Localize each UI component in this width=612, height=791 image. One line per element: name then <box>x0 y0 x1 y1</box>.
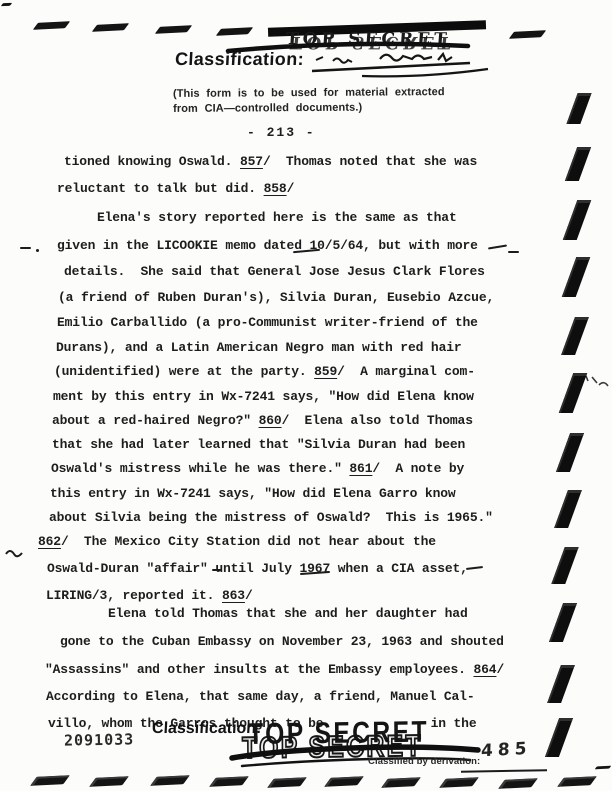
body-line: Oswald-Duran "affair" until July 1967 wh… <box>47 561 468 576</box>
scan-dash-top <box>509 30 546 39</box>
classification-scribble <box>308 44 498 80</box>
scan-dash-bottom <box>498 778 538 789</box>
scan-binding-mark <box>547 665 575 703</box>
body-line: "Assassins" and other insults at the Emb… <box>45 662 504 677</box>
form-usage-note-line2: from CIA—controlled documents.) <box>173 100 445 116</box>
classification-label: Classification: <box>174 49 304 70</box>
scan-binding-mark <box>556 433 584 472</box>
scan-dash-bottom <box>30 775 70 786</box>
body-line: 862/ The Mexico City Station did not hea… <box>38 534 436 549</box>
scan-dash-bottom <box>557 776 597 787</box>
page-number: - 213 - <box>247 125 316 140</box>
form-usage-note: (This form is to be used for material ex… <box>173 85 445 116</box>
scan-binding-mark <box>554 490 582 528</box>
body-line: LIRING/3, reported it. 863/ <box>46 588 253 603</box>
scan-dash-bottom <box>324 776 364 787</box>
scan-dash-top <box>33 21 70 30</box>
pen-mark-margin <box>4 546 24 560</box>
body-line: Elena's story reported here is the same … <box>97 210 457 225</box>
scan-binding-mark <box>563 200 592 240</box>
scan-binding-mark <box>559 373 588 413</box>
scan-dash-bottom <box>381 777 421 788</box>
body-line: Elena told Thomas that she and her daugh… <box>108 606 468 621</box>
body-line: Emilio Carballido (a pro-Communist write… <box>57 315 478 330</box>
body-line: ment by this entry in Wx-7241 says, "How… <box>53 389 474 404</box>
classified-by-derivation-label: Classified by derivation: <box>368 756 480 767</box>
pen-mark <box>466 566 483 570</box>
scan-binding-mark <box>565 147 591 181</box>
document-page: TOP SECRET TOP SECRET Classification: (T… <box>0 0 612 791</box>
body-line: tioned knowing Oswald. 857/ Thomas noted… <box>64 154 477 169</box>
body-line: reluctant to talk but did. 858/ <box>57 181 294 196</box>
pen-mark <box>212 569 221 571</box>
scan-dash-bottom <box>439 777 479 788</box>
body-line: this entry in Wx-7241 says, "How did Ele… <box>50 486 456 501</box>
scan-binding-mark <box>561 317 589 355</box>
scan-dash-bottom <box>150 775 190 786</box>
document-number: 2091033 <box>64 730 135 749</box>
classified-by-derivation-value: 485 <box>481 739 532 762</box>
body-line: gone to the Cuban Embassy on November 23… <box>60 634 504 649</box>
scan-dash-bottom <box>267 777 307 788</box>
pen-mark <box>508 251 519 253</box>
scan-dash-bottom <box>89 776 129 787</box>
body-line: given in the LICOOKIE memo dated 10/5/64… <box>57 238 478 253</box>
body-line: Oswald's mistress while he was there." 8… <box>51 461 464 476</box>
top-secret-stamp-bottom: TOP SECRET TOP SECRET <box>240 712 490 782</box>
scan-dash-bottom <box>595 766 612 770</box>
scan-dash-top <box>155 25 192 34</box>
body-line: (unidentified) were at the party. 859/ A… <box>54 364 475 379</box>
scan-binding-mark <box>566 93 591 124</box>
body-line: about Silvia being the mistress of Oswal… <box>49 510 493 525</box>
scan-dash-top <box>216 27 253 36</box>
body-line: Durans), and a Latin American Negro man … <box>56 340 462 355</box>
pen-dot <box>36 249 39 252</box>
scan-binding-mark <box>551 547 578 584</box>
body-line: details. She said that General Jose Jesu… <box>64 264 485 279</box>
scan-binding-mark <box>549 603 577 642</box>
pen-mark <box>488 245 507 250</box>
pen-mark-margin <box>20 247 31 249</box>
derivation-underline <box>461 769 547 773</box>
scan-dash-top <box>1 3 13 6</box>
body-line: about a red-haired Negro?" 860/ Elena al… <box>52 413 473 428</box>
scan-dash-top <box>92 23 129 32</box>
body-line: According to Elena, that same day, a fri… <box>46 689 474 704</box>
form-usage-note-line1: (This form is to be used for material ex… <box>173 85 445 101</box>
scan-dash-bottom <box>209 776 249 787</box>
body-line: (a friend of Ruben Duran's), Silvia Dura… <box>58 290 494 305</box>
scan-binding-mark <box>545 718 573 757</box>
body-line: that she had later learned that "Silvia … <box>52 437 465 452</box>
scan-binding-mark <box>562 257 591 297</box>
